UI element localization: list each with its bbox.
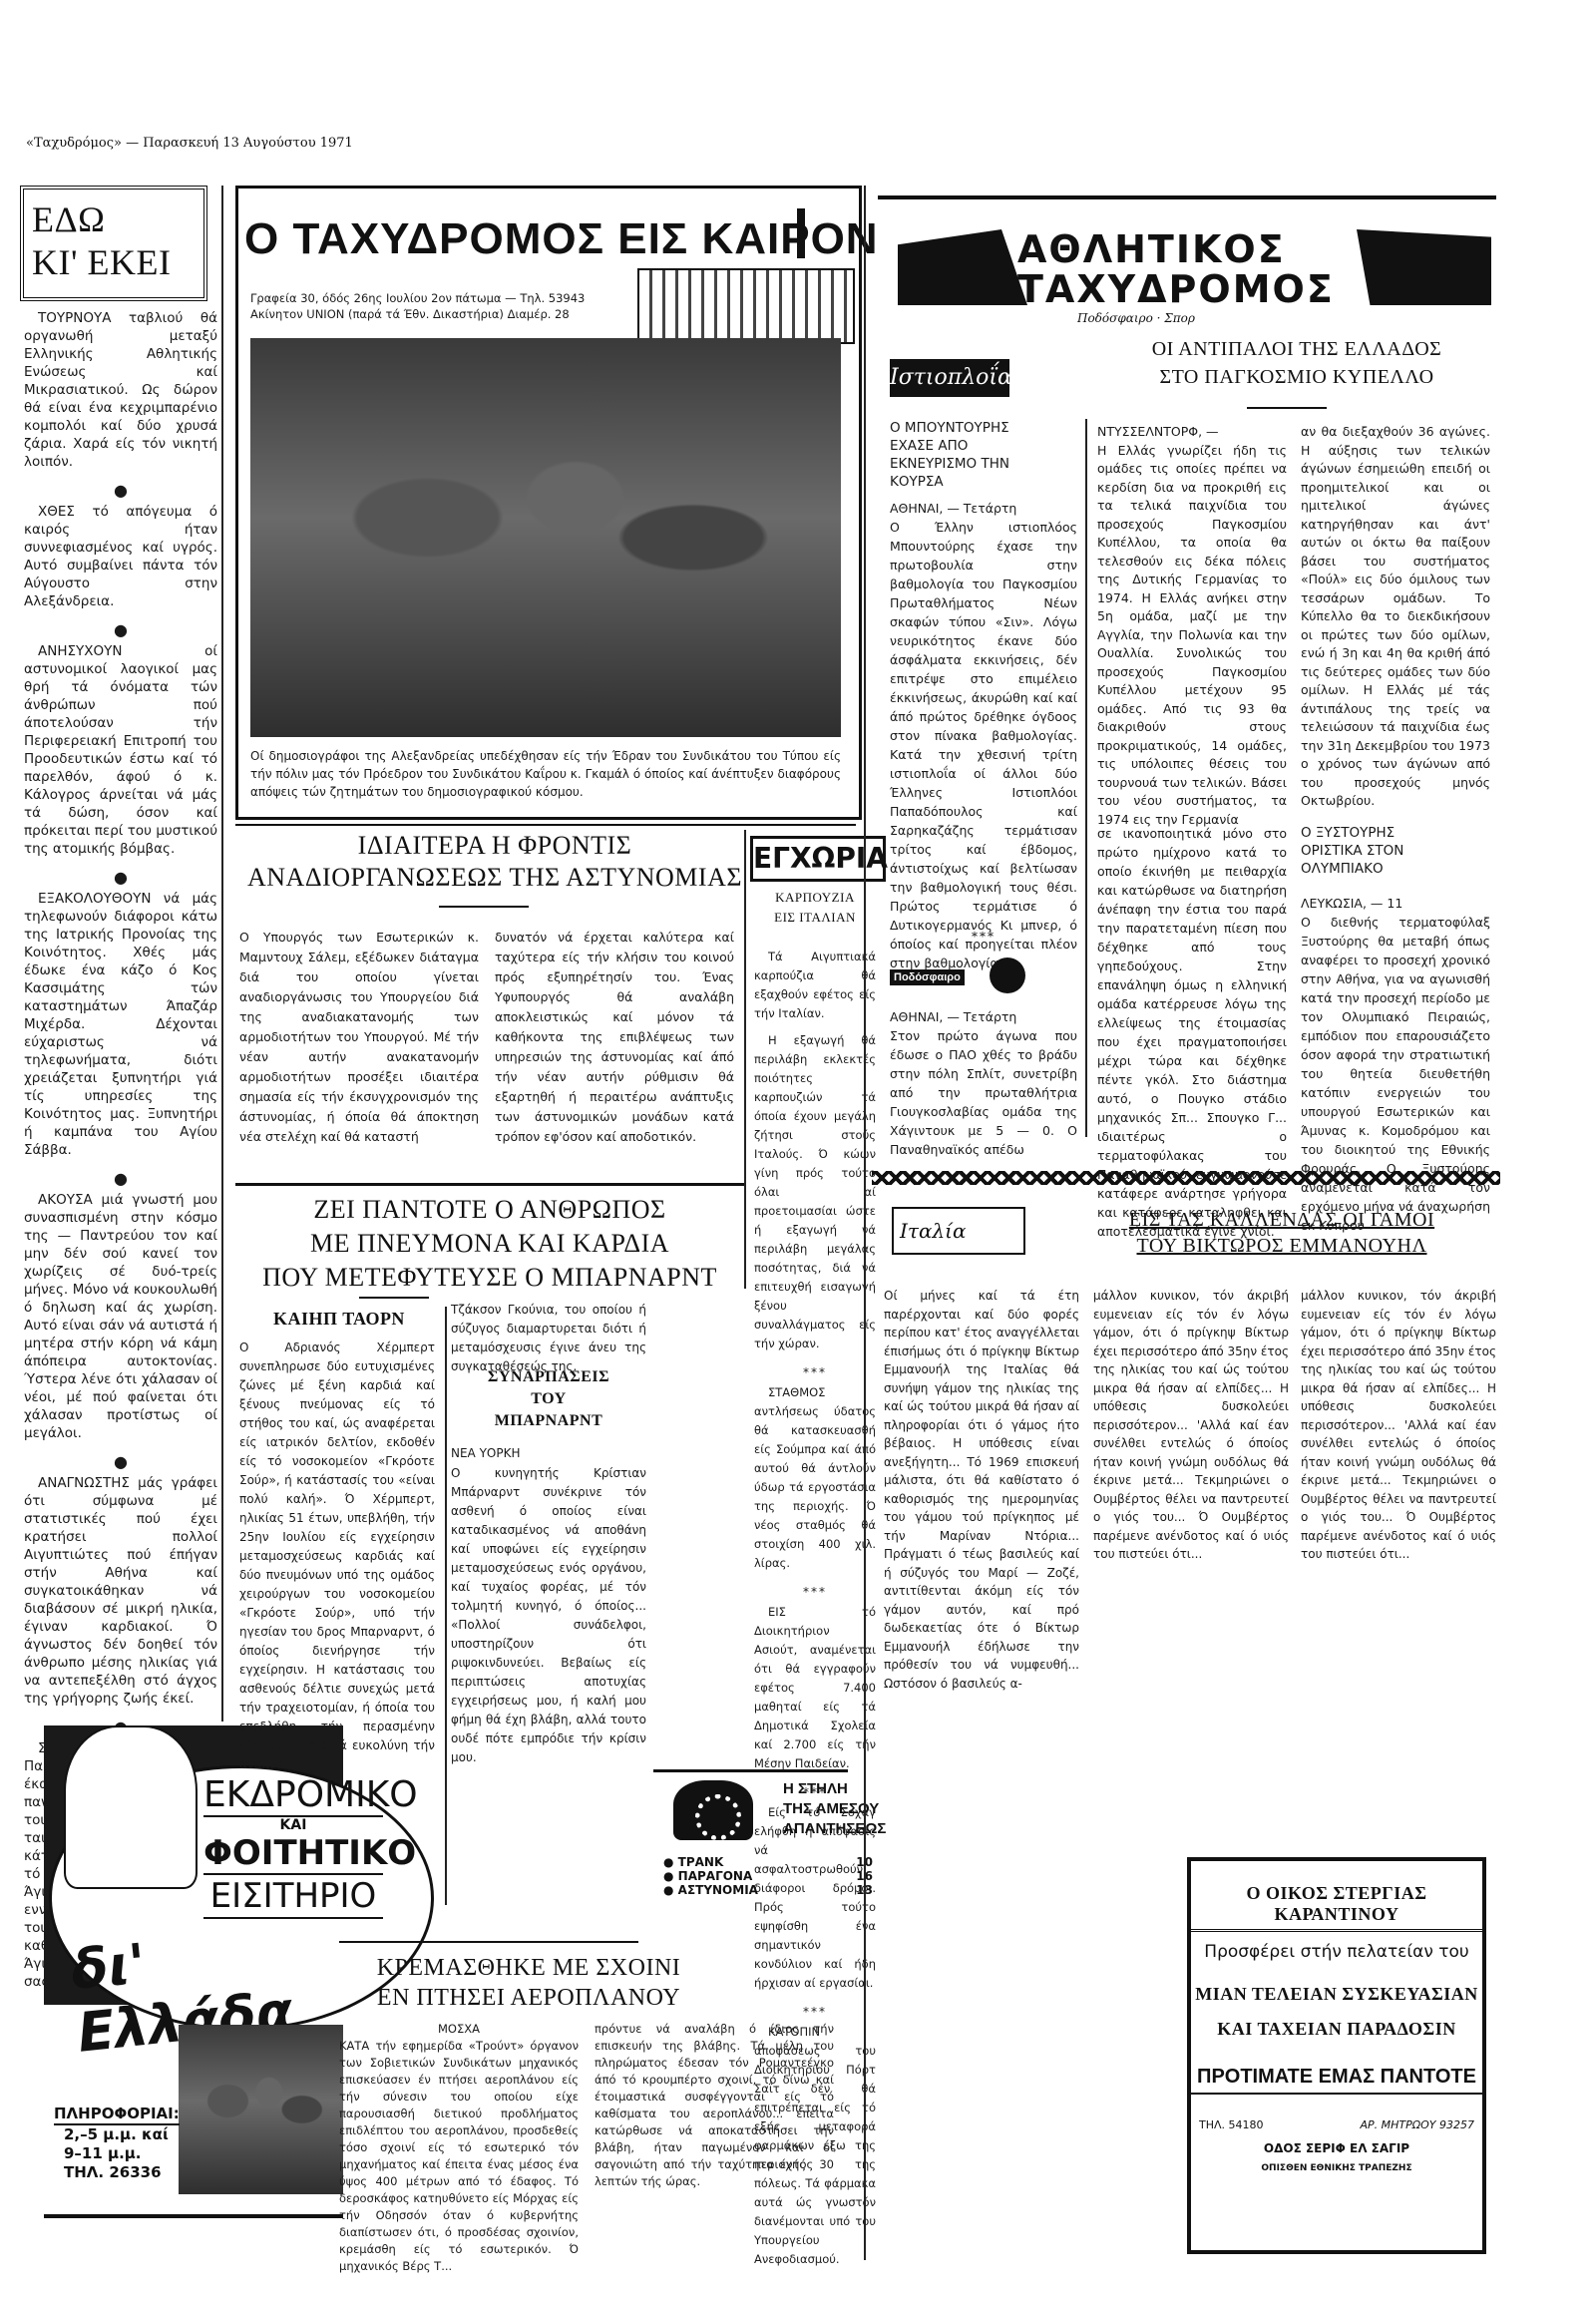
police-article-col2: δυνατόν νά έρχεται καλύτερα καί ταχύτερα… xyxy=(495,928,734,1147)
karantinos-contact: ΤΗΛ. 54180 ΑΡ. ΜΗΤΡΩΟΥ 93257 xyxy=(1191,2118,1482,2131)
news-item: ΑΚΟΥΣΑ μιά γνωστή μου συνασπισμένη στην … xyxy=(24,1191,217,1442)
phone-entry: ● ΑΣΤΥΝΟΜΙΑ13 xyxy=(663,1883,873,1897)
hanged-headline-line1: ΚΡΕΜΑΣΘΗΚΕ ΜΕ ΣΧΟΙΝΙ xyxy=(319,1953,738,1983)
egchoria-subhead-line1: ΚΑΡΠΟΥΖΙΑ xyxy=(750,888,880,908)
hanged-body1: ΚΑΤΑ τήν εφημερίδα «Τρούντ» όργανον των … xyxy=(339,2038,579,2275)
sailing-body: Ο Έλλην ιστιοπλόος Μπουντούρης έχασε την… xyxy=(890,518,1077,972)
world-cup-dateline: ΝΤΥΣΣΕΛΝΤΟΡΦ, — xyxy=(1097,423,1287,442)
karantinos-line3: ΚΑΙ ΤΑΧΕΙΑΝ ΠΑΡΑΔΟΣΙΝ xyxy=(1191,2019,1482,2040)
edo-ki-ekei-title-box: ΕΔΩ ΚΙ' ΕΚΕΙ xyxy=(20,186,207,301)
column-divider xyxy=(221,186,223,1722)
ad-info: ΠΛΗΡΟΦΟΡΙΑΙ: 2,–5 μ.μ. καί 9–11 μ.μ. ΤΗΛ… xyxy=(54,2105,180,2182)
ad-text-block: ΕΚΔΡΟΜΙΚΟ ΚΑΙ ΦΟΙΤΗΤΙΚΟ ΕΙΣΙΤΗΡΙΟ xyxy=(203,1775,383,1919)
phone-title-line3: ΑΠΑΝΤΗΣΕΩΣ xyxy=(783,1819,886,1839)
football-article: ΑΘΗΝΑΙ, — Τετάρτη Στον πρώτο άγωνα που έ… xyxy=(890,1007,1077,1159)
sailing-article: ΑΘΗΝΑΙ, — Τετάρτη Ο Έλλην ιστιοπλόος Μπο… xyxy=(890,499,1077,972)
ad-line1: ΕΚΔΡΟΜΙΚΟ xyxy=(203,1775,383,1817)
ad-line2: ΚΑΙ xyxy=(203,1817,383,1833)
barnard-subhead2-line2: ΤΟΥ xyxy=(451,1388,646,1410)
kairon-address-line2: Ακίνητον UNION (παρά τά Έθν. Δικαστήρια)… xyxy=(250,306,585,322)
ad-info-hours1: 2,–5 μ.μ. καί xyxy=(54,2125,180,2144)
police-headline-line2: ΑΝΑΔΙΟΡΓΑΝΩΣΕΩΣ ΤΗΣ ΑΣΤΥΝΟΜΙΑΣ xyxy=(235,862,754,894)
sports-header-sub: Ποδόσφαιρο · Σπορ xyxy=(1077,311,1195,325)
kairon-address-line1: Γραφεία 30, όδός 26ης Ιουλίου 2ον πάτωμα… xyxy=(250,290,585,306)
bullet-icon: ● xyxy=(24,866,217,890)
police-headline: ΙΔΙΑΙΤΕΡΑ Η ΦΡΟΝΤΙΣ ΑΝΑΔΙΟΡΓΑΝΩΣΕΩΣ ΤΗΣ … xyxy=(235,830,754,894)
news-item: ΕΙΣ τό Διοικητήριον Ασιούτ, αναμένεται ό… xyxy=(754,1603,876,1773)
karantinos-line1: Προσφέρει στήν πελατείαν του xyxy=(1191,1942,1482,1962)
barnard-subhead2: ΣΥΝΑΡΠΑΣΕΙΣ ΤΟΥ ΜΠΑΡΝΑΡΝΤ xyxy=(451,1366,646,1432)
section-rule xyxy=(653,1769,848,1772)
column-divider xyxy=(864,186,866,2260)
football-icon xyxy=(990,958,1025,993)
news-item: ΑΝΑΓΝΩΣΤΗΣ μάς γράφει ότι σύμφωνα μέ στα… xyxy=(24,1474,217,1708)
football-section-label: Ποδόσφαιρο xyxy=(890,958,1077,997)
ad-line3: ΦΟΙΤΗΤΙΚΟ xyxy=(203,1833,383,1875)
ad-line4: ΕΙΣΙΤΗΡΙΟ xyxy=(203,1875,383,1919)
egchoria-subhead: ΚΑΡΠΟΥΖΙΑ ΕΙΣ ΙΤΑΛΙΑΝ xyxy=(750,888,880,928)
headline-underline xyxy=(359,1297,429,1299)
section-rule xyxy=(339,1941,638,1943)
phone-title-line2: ΤΗΣ ΑΜΕΣΟΥ xyxy=(783,1799,886,1819)
journalists-photo xyxy=(250,338,841,737)
sailing-section-label: Ιστιοπλοΐα xyxy=(890,359,1009,397)
sports-header-line1: ΑΘΛΗΤΙΚΟΣ xyxy=(1017,229,1335,269)
sports-athlete-illustration-icon xyxy=(898,229,1027,305)
karantinos-title: Ο ΟΙΚΟΣ ΣΤΕΡΓΙΑΣ ΚΑΡΑΝΤΙΝΟΥ xyxy=(1191,1883,1482,1932)
karantinos-line2: ΜΙΑΝ ΤΕΛΕΙΑΝ ΣΥΣΚΕΥΑΣΙΑΝ xyxy=(1191,1984,1482,2005)
world-cup-headline-line1: ΟΙ ΑΝΤΙΠΑΛΟΙ ΤΗΣ ΕΛΛΑΔΟΣ xyxy=(1077,335,1516,363)
ad-info-hours2: 9–11 μ.μ. xyxy=(54,2144,180,2163)
phone-entry-label: ● ΤΡΑΝΚ xyxy=(663,1855,723,1869)
world-cup-body1: Η Ελλάς γνωρίζει ήδη τις ομάδες τις οποί… xyxy=(1097,442,1287,830)
police-headline-line1: ΙΔΙΑΙΤΕΡΑ Η ΦΡΟΝΤΙΣ xyxy=(235,830,754,862)
news-item: ΤΟΥΡΝΟΥΑ ταβλιού θά οργανωθή μεταξύ Ελλη… xyxy=(24,309,217,471)
sailing-headline: Ο ΜΠΟΥΝΤΟΥΡΗΣ ΕΧΑΣΕ ΑΠΟ ΕΚΝΕΥΡΙΣΜΟ ΤΗΝ Κ… xyxy=(890,419,1049,491)
sailing-dateline: ΑΘΗΝΑΙ, — Τετάρτη xyxy=(890,499,1077,518)
headline-underline xyxy=(1247,407,1327,409)
column-title-line1: ΕΔΩ xyxy=(24,197,203,241)
world-cup-col2: αν θα διεξαχθούν 36 αγώνες. Η αύξησις τω… xyxy=(1301,423,1490,811)
barnard-headline-line2: ΜΕ ΠΝΕΥΜΟΝΑ ΚΑΙ ΚΑΡΔΙΑ xyxy=(235,1227,744,1261)
bullet-icon: ● xyxy=(24,1450,217,1474)
sports-header-line2: ΤΑΧΥΔΡΟΜΟΣ xyxy=(1017,269,1335,309)
kairon-section: Ο ΤΑΧΥΔΡΟΜΟΣ ΕΙΣ ΚΑΙΡΟΝ Γραφεία 30, όδός… xyxy=(235,186,862,820)
barnard-subhead2-line3: ΜΠΑΡΝΑΡΝΤ xyxy=(451,1410,646,1432)
ad-info-phone: ΤΗΛ. 26336 xyxy=(54,2163,180,2182)
italy-headline-line2: ΤΟΥ ΒΙΚΤΩΡΟΣ ΕΜΜΑΝΟΥΗΛ xyxy=(1047,1233,1516,1259)
bullet-icon: ● xyxy=(24,1167,217,1191)
football-body: Στον πρώτο άγωνα που έδωσε ο ΠΑΟ χθές το… xyxy=(890,1026,1077,1159)
hanged-headline-line2: ΕΝ ΠΤΗΣΕΙ ΑΕΡΟΠΛΑΝΟΥ xyxy=(319,1983,738,2013)
news-item: ΧΘΕΣ τό απόγευμα ό καιρός ήταν συννεφιασ… xyxy=(24,503,217,610)
zigzag-border xyxy=(872,1171,1500,1185)
hanged-dateline: ΜΟΣΧΑ xyxy=(339,2021,579,2038)
bullet-icon: ● xyxy=(24,479,217,503)
kairon-header-title: Ο ΤΑΧΥΔΡΟΜΟΣ ΕΙΣ ΚΑΙΡΟΝ xyxy=(244,214,879,264)
karantinos-ad: Ο ΟΙΚΟΣ ΣΤΕΡΓΙΑΣ ΚΑΡΑΝΤΙΝΟΥ Προσφέρει στ… xyxy=(1187,1857,1486,2254)
kairon-address: Γραφεία 30, όδός 26ης Ιουλίου 2ον πάτωμα… xyxy=(250,290,585,322)
phone-column-box: Η ΣΤΗΛΗ ΤΗΣ ΑΜΕΣΟΥ ΑΠΑΝΤΗΣΕΩΣ ● ΤΡΑΝΚ10 … xyxy=(653,1775,878,1905)
karantinos-line4: ΠΡΟΤΙΜΑΤΕ ΕΜΑΣ ΠΑΝΤΟΤΕ xyxy=(1191,2066,1482,2095)
karantinos-phone: ΤΗΛ. 54180 xyxy=(1199,2118,1264,2131)
news-item: ΑΝΗΣΥΧΟΥΝ οί αστυνομικοί λαογικοί μας θρ… xyxy=(24,642,217,858)
stars-divider: *** xyxy=(754,1581,876,1603)
phone-title-line1: Η ΣΤΗΛΗ xyxy=(783,1779,886,1799)
phone-entries: ● ΤΡΑΝΚ10 ● ΠΑΡΑΓΟΝΑ16 ● ΑΣΤΥΝΟΜΙΑ13 xyxy=(663,1855,873,1897)
xystouris-headline: Ο ΞΥΣΤΟΥΡΗΣ ΟΡΙΣΤΙΚΑ ΣΤΟΝ ΟΛΥΜΠΙΑΚΟ xyxy=(1301,824,1450,878)
column-divider xyxy=(1085,419,1087,1137)
world-cup-headline: ΟΙ ΑΝΤΙΠΑΛΟΙ ΤΗΣ ΕΛΛΑΔΟΣ ΣΤΟ ΠΑΓΚΟΣΜΙΟ Κ… xyxy=(1077,335,1516,391)
column-divider xyxy=(744,830,746,1289)
world-cup-col1: ΝΤΥΣΣΕΛΝΤΟΡΦ, — Η Ελλάς γνωρίζει ήδη τις… xyxy=(1097,423,1287,829)
ad-people-illustration-icon xyxy=(64,1725,198,1889)
headline-underline xyxy=(439,906,529,908)
karantinos-address2: ΟΠΙΣΘΕΝ ΕΘΝΙΚΗΣ ΤΡΑΠΕΖΗΣ xyxy=(1191,2163,1482,2173)
column-title-line2: ΚΙ' ΕΚΕΙ xyxy=(24,241,203,283)
sports-section-header: ΑΘΛΗΤΙΚΟΣ ΤΑΧΥΔΡΟΜΟΣ Ποδόσφαιρο · Σπορ xyxy=(878,195,1496,329)
news-item: Η εξαγωγή θά περιλάβη εκλεκτές ποιότητες… xyxy=(754,1031,876,1353)
news-item: ΣΤΑΘΜΟΣ αντλήσεως ύδατος θά κατασκευασθή… xyxy=(754,1383,876,1573)
barnard-headline-line1: ΖΕΙ ΠΑΝΤΟΤΕ Ο ΑΝΘΡΩΠΟΣ xyxy=(235,1193,744,1227)
news-item: Τά Αιγυπτιακά καρπούζια θά εξαχθούν εφέτ… xyxy=(754,948,876,1023)
stars-divider: *** xyxy=(890,926,1077,948)
karantinos-registry: ΑΡ. ΜΗΤΡΩΟΥ 93257 xyxy=(1360,2118,1474,2131)
ad-landscape-photo xyxy=(179,2025,343,2194)
barnard-col2: Τζάκσον Γκούνια, του οποίου ή σύζυγος δι… xyxy=(451,1301,646,1376)
running-head: «Ταχυδρόμος» — Παρασκευή 13 Αυγούστου 19… xyxy=(26,136,353,151)
barnard-col1: Ο Αδριανός Χέρμπερτ συνεπληρωσε δύο ευτυ… xyxy=(239,1339,435,1774)
mosque-illustration-icon xyxy=(797,208,805,258)
stars-divider: *** xyxy=(754,1361,876,1383)
police-article-col1: Ο Υπουργός των Εσωτερικών κ. Μαμντουχ Σά… xyxy=(239,928,479,1147)
football-label-text: Ποδόσφαιρο xyxy=(890,969,965,985)
barnard-subhead: ΚΑΙΗΠ ΤΑΟΡΝ xyxy=(239,1309,439,1330)
italy-label-text: Ιταλία xyxy=(894,1219,967,1243)
news-item: ΕΞΑΚΟΛΟΥΘΟΥΝ νά μάς τηλεφωνούν διάφοροι … xyxy=(24,890,217,1159)
barnard-headline: ΖΕΙ ΠΑΝΤΟΤΕ Ο ΑΝΘΡΩΠΟΣ ΜΕ ΠΝΕΥΜΟΝΑ ΚΑΙ Κ… xyxy=(235,1193,744,1295)
ad-info-title: ΠΛΗΡΟΦΟΡΙΑΙ: xyxy=(54,2105,180,2125)
barnard-col2b: Ο κυνηγητής Κρίστιαν Μπάρναρντ συνέκρινε… xyxy=(451,1464,646,1767)
barnard-dateline: ΝΕΑ ΥΟΡΚΗ xyxy=(451,1444,646,1463)
hanged-headline: ΚΡΕΜΑΣΘΗΚΕ ΜΕ ΣΧΟΙΝΙ ΕΝ ΠΤΗΣΕΙ ΑΕΡΟΠΛΑΝΟ… xyxy=(319,1953,738,2013)
barnard-headline-line3: ΠΟΥ ΜΕΤΕΦΥΤΕΥΣΕ Ο ΜΠΑΡΝΑΡΝΤ xyxy=(235,1261,744,1295)
stars-divider: *** xyxy=(754,2001,876,2023)
egchoria-subhead-line2: ΕΙΣ ΙΤΑΛΙΑΝ xyxy=(750,908,880,928)
section-rule xyxy=(235,824,856,826)
telephone-icon xyxy=(673,1780,753,1840)
italy-headline-line1: ΕΙΣ ΤΑΣ ΚΑΛΛΕΝΔΑΣ ΟΙ ΓΑΜΟΙ xyxy=(1047,1207,1516,1233)
barnard-subhead2-line1: ΣΥΝΑΡΠΑΣΕΙΣ xyxy=(451,1366,646,1388)
phone-entry-label: ● ΠΑΡΑΓΟΝΑ xyxy=(663,1869,752,1883)
sports-header-title: ΑΘΛΗΤΙΚΟΣ ΤΑΧΥΔΡΟΜΟΣ xyxy=(1017,229,1335,309)
football-dateline: ΑΘΗΝΑΙ, — Τετάρτη xyxy=(890,1007,1077,1026)
hanged-col2: πρόντυε νά αναλάβη ό ίδιος τήν επισκευήν… xyxy=(595,2021,834,2190)
bullet-icon: ● xyxy=(24,618,217,642)
section-rule xyxy=(235,1183,744,1186)
hanged-col1: ΜΟΣΧΑ ΚΑΤΑ τήν εφημερίδα «Τρούντ» όργανο… xyxy=(339,2021,579,2275)
phone-entry: ● ΠΑΡΑΓΟΝΑ16 xyxy=(663,1869,873,1883)
phone-entry-label: ● ΑΣΤΥΝΟΜΙΑ xyxy=(663,1883,758,1897)
world-cup-headline-line2: ΣΤΟ ΠΑΓΚΟΣΜΙΟ ΚΥΠΕΛΛΟ xyxy=(1077,363,1516,391)
stadium-illustration-icon xyxy=(1357,229,1491,305)
phone-column-title: Η ΣΤΗΛΗ ΤΗΣ ΑΜΕΣΟΥ ΑΠΑΝΤΗΣΕΩΣ xyxy=(783,1779,886,1839)
column-divider xyxy=(445,1307,447,1905)
italy-headline: ΕΙΣ ΤΑΣ ΚΑΛΛΕΝΔΑΣ ΟΙ ΓΑΜΟΙ ΤΟΥ ΒΙΚΤΩΡΟΣ … xyxy=(1047,1207,1516,1259)
cityscape-illustration xyxy=(637,268,855,344)
italy-col3: μάλλον κυνικον, τόν άκριβή ευμενειαν είς… xyxy=(1301,1287,1496,1785)
xystouris-body: Ο διεθνής τερματοφύλαξ Ξυστούρης θα μετα… xyxy=(1301,913,1490,1235)
karantinos-address: ΟΔΟΣ ΣΕΡΙΦ ΕΛ ΣΑΓΙΡ xyxy=(1191,2141,1482,2155)
xystouris-dateline: ΛΕΥΚΩΣΙΑ, — 11 xyxy=(1301,894,1490,913)
italy-col3-text: μάλλον κυνικον, τόν άκριβή ευμενειαν είς… xyxy=(1301,1289,1496,1561)
kairon-photo-caption: Οί δημοσιογράφοι της Αλεξανδρείας υπεδέχ… xyxy=(250,747,841,801)
phone-entry: ● ΤΡΑΝΚ10 xyxy=(663,1855,873,1869)
italy-col1: Οί μήνες καί τά έτη παρέρχονται καί δύο … xyxy=(884,1287,1079,1845)
italy-section-label: Ιταλία xyxy=(892,1207,1025,1255)
ad-ellada: ΕΚΔΡΟΜΙΚΟ ΚΑΙ ΦΟΙΤΗΤΙΚΟ ΕΙΣΙΤΗΡΙΟ δι' Ελ… xyxy=(44,1725,343,2218)
